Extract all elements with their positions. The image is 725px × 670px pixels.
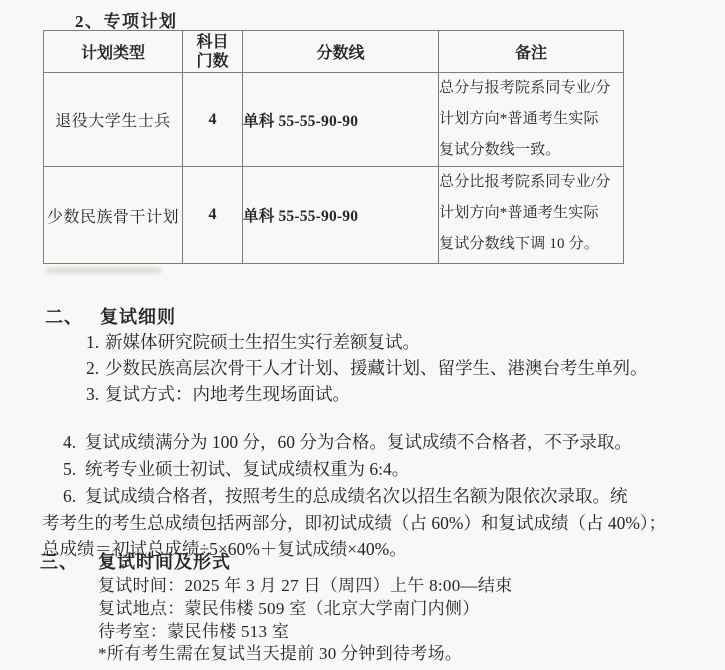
plan-type-cell: 少数民族骨干计划 [44,167,183,264]
col-header-plan-type: 计划类型 [44,31,183,73]
retest-location-line: 复试地点：蒙民伟楼 509 室（北京大学南门内侧） [98,594,480,619]
rule-item-1: 1.新媒体研究院硕士生招生实行差额复试。 [86,329,420,354]
subject-count-cell: 4 [183,73,243,167]
col-header-score-line: 分数线 [243,31,439,73]
scan-artifact [46,268,161,273]
rule-item-3: 3.复试方式：内地考生现场面试。 [86,381,350,406]
item-text: 少数民族高层次骨干人才计划、援藏计划、留学生、港澳台考生单列。 [105,358,648,378]
item-number: 4. [63,432,85,453]
item-number: 1. [86,332,105,353]
table-row-minority: 少数民族骨干计划 4 单科 55-55-90-90 总分比报考院系同专业/分 计… [44,167,624,264]
remark-line: 总分与报考院系同专业/分 [439,73,623,104]
item-text: 复试成绩合格者，按照考生的总成绩名次以招生名额为限依次录取。统 [85,486,628,506]
section-title: 复试细则 [100,307,176,327]
table-header-row: 计划类型 科目 门数 分数线 备注 [44,31,624,73]
item-text: 复试成绩满分为 100 分，60 分为合格。复试成绩不合格者，不予录取。 [85,432,632,452]
document-page: 2、专项计划 计划类型 科目 门数 分数线 备注 退役大学生士兵 4 单科 55… [0,0,725,670]
remark-line: 总分比报考院系同专业/分 [439,167,623,198]
plan-type-cell: 退役大学生士兵 [44,73,183,167]
retest-time-line: 复试时间：2025 年 3 月 27 日（周四）上午 8:00—结束 [98,571,512,596]
section-number: 二、 [45,303,100,329]
remark-line: 复试分数线一致。 [439,135,623,166]
remark-line: 计划方向*普通考生实际 [439,198,623,229]
rule-item-5: 5.统考专业硕士初试、复试成绩权重为 6:4。 [63,456,409,481]
remark-line: 复试分数线下调 10 分。 [439,229,623,260]
remark-cell: 总分比报考院系同专业/分 计划方向*普通考生实际 复试分数线下调 10 分。 [439,167,624,264]
rule-item-6: 6.复试成绩合格者，按照考生的总成绩名次以招生名额为限依次录取。统 [63,483,628,508]
subject-count-cell: 4 [183,167,243,264]
item-number: 2. [86,358,105,379]
rule-item-2: 2.少数民族高层次骨干人才计划、援藏计划、留学生、港澳台考生单列。 [86,355,648,380]
item-text: 统考专业硕士初试、复试成绩权重为 6:4。 [85,459,409,479]
item-number: 6. [63,486,85,507]
item-number: 3. [86,384,105,405]
special-plan-table: 计划类型 科目 门数 分数线 备注 退役大学生士兵 4 单科 55-55-90-… [43,30,624,264]
section-heading-retest-rules: 二、复试细则 [45,303,176,329]
item-number: 5. [63,459,85,480]
score-line-cell: 单科 55-55-90-90 [243,167,439,264]
special-plan-heading: 2、专项计划 [75,7,178,32]
remark-cell: 总分与报考院系同专业/分 计划方向*普通考生实际 复试分数线一致。 [439,73,624,167]
col-header-remark: 备注 [439,31,624,73]
score-line-cell: 单科 55-55-90-90 [243,73,439,167]
item-text: 复试方式：内地考生现场面试。 [105,384,350,404]
rule-item-6-line-2: 考考生的考生总成绩包括两部分，即初试成绩（占 60%）和复试成绩（占 40%）； [42,510,666,535]
table-row-veteran: 退役大学生士兵 4 单科 55-55-90-90 总分与报考院系同专业/分 计划… [44,73,624,167]
arrival-note-line: *所有考生需在复试当天提前 30 分钟到待考场。 [98,639,462,664]
section-number: 三、 [40,548,98,574]
remark-line: 计划方向*普通考生实际 [439,104,623,135]
item-text: 新媒体研究院硕士生招生实行差额复试。 [105,332,420,352]
col-header-subject-count: 科目 门数 [183,31,243,73]
rule-item-4: 4.复试成绩满分为 100 分，60 分为合格。复试成绩不合格者，不予录取。 [63,429,632,454]
section-title: 复试时间及形式 [98,552,231,572]
